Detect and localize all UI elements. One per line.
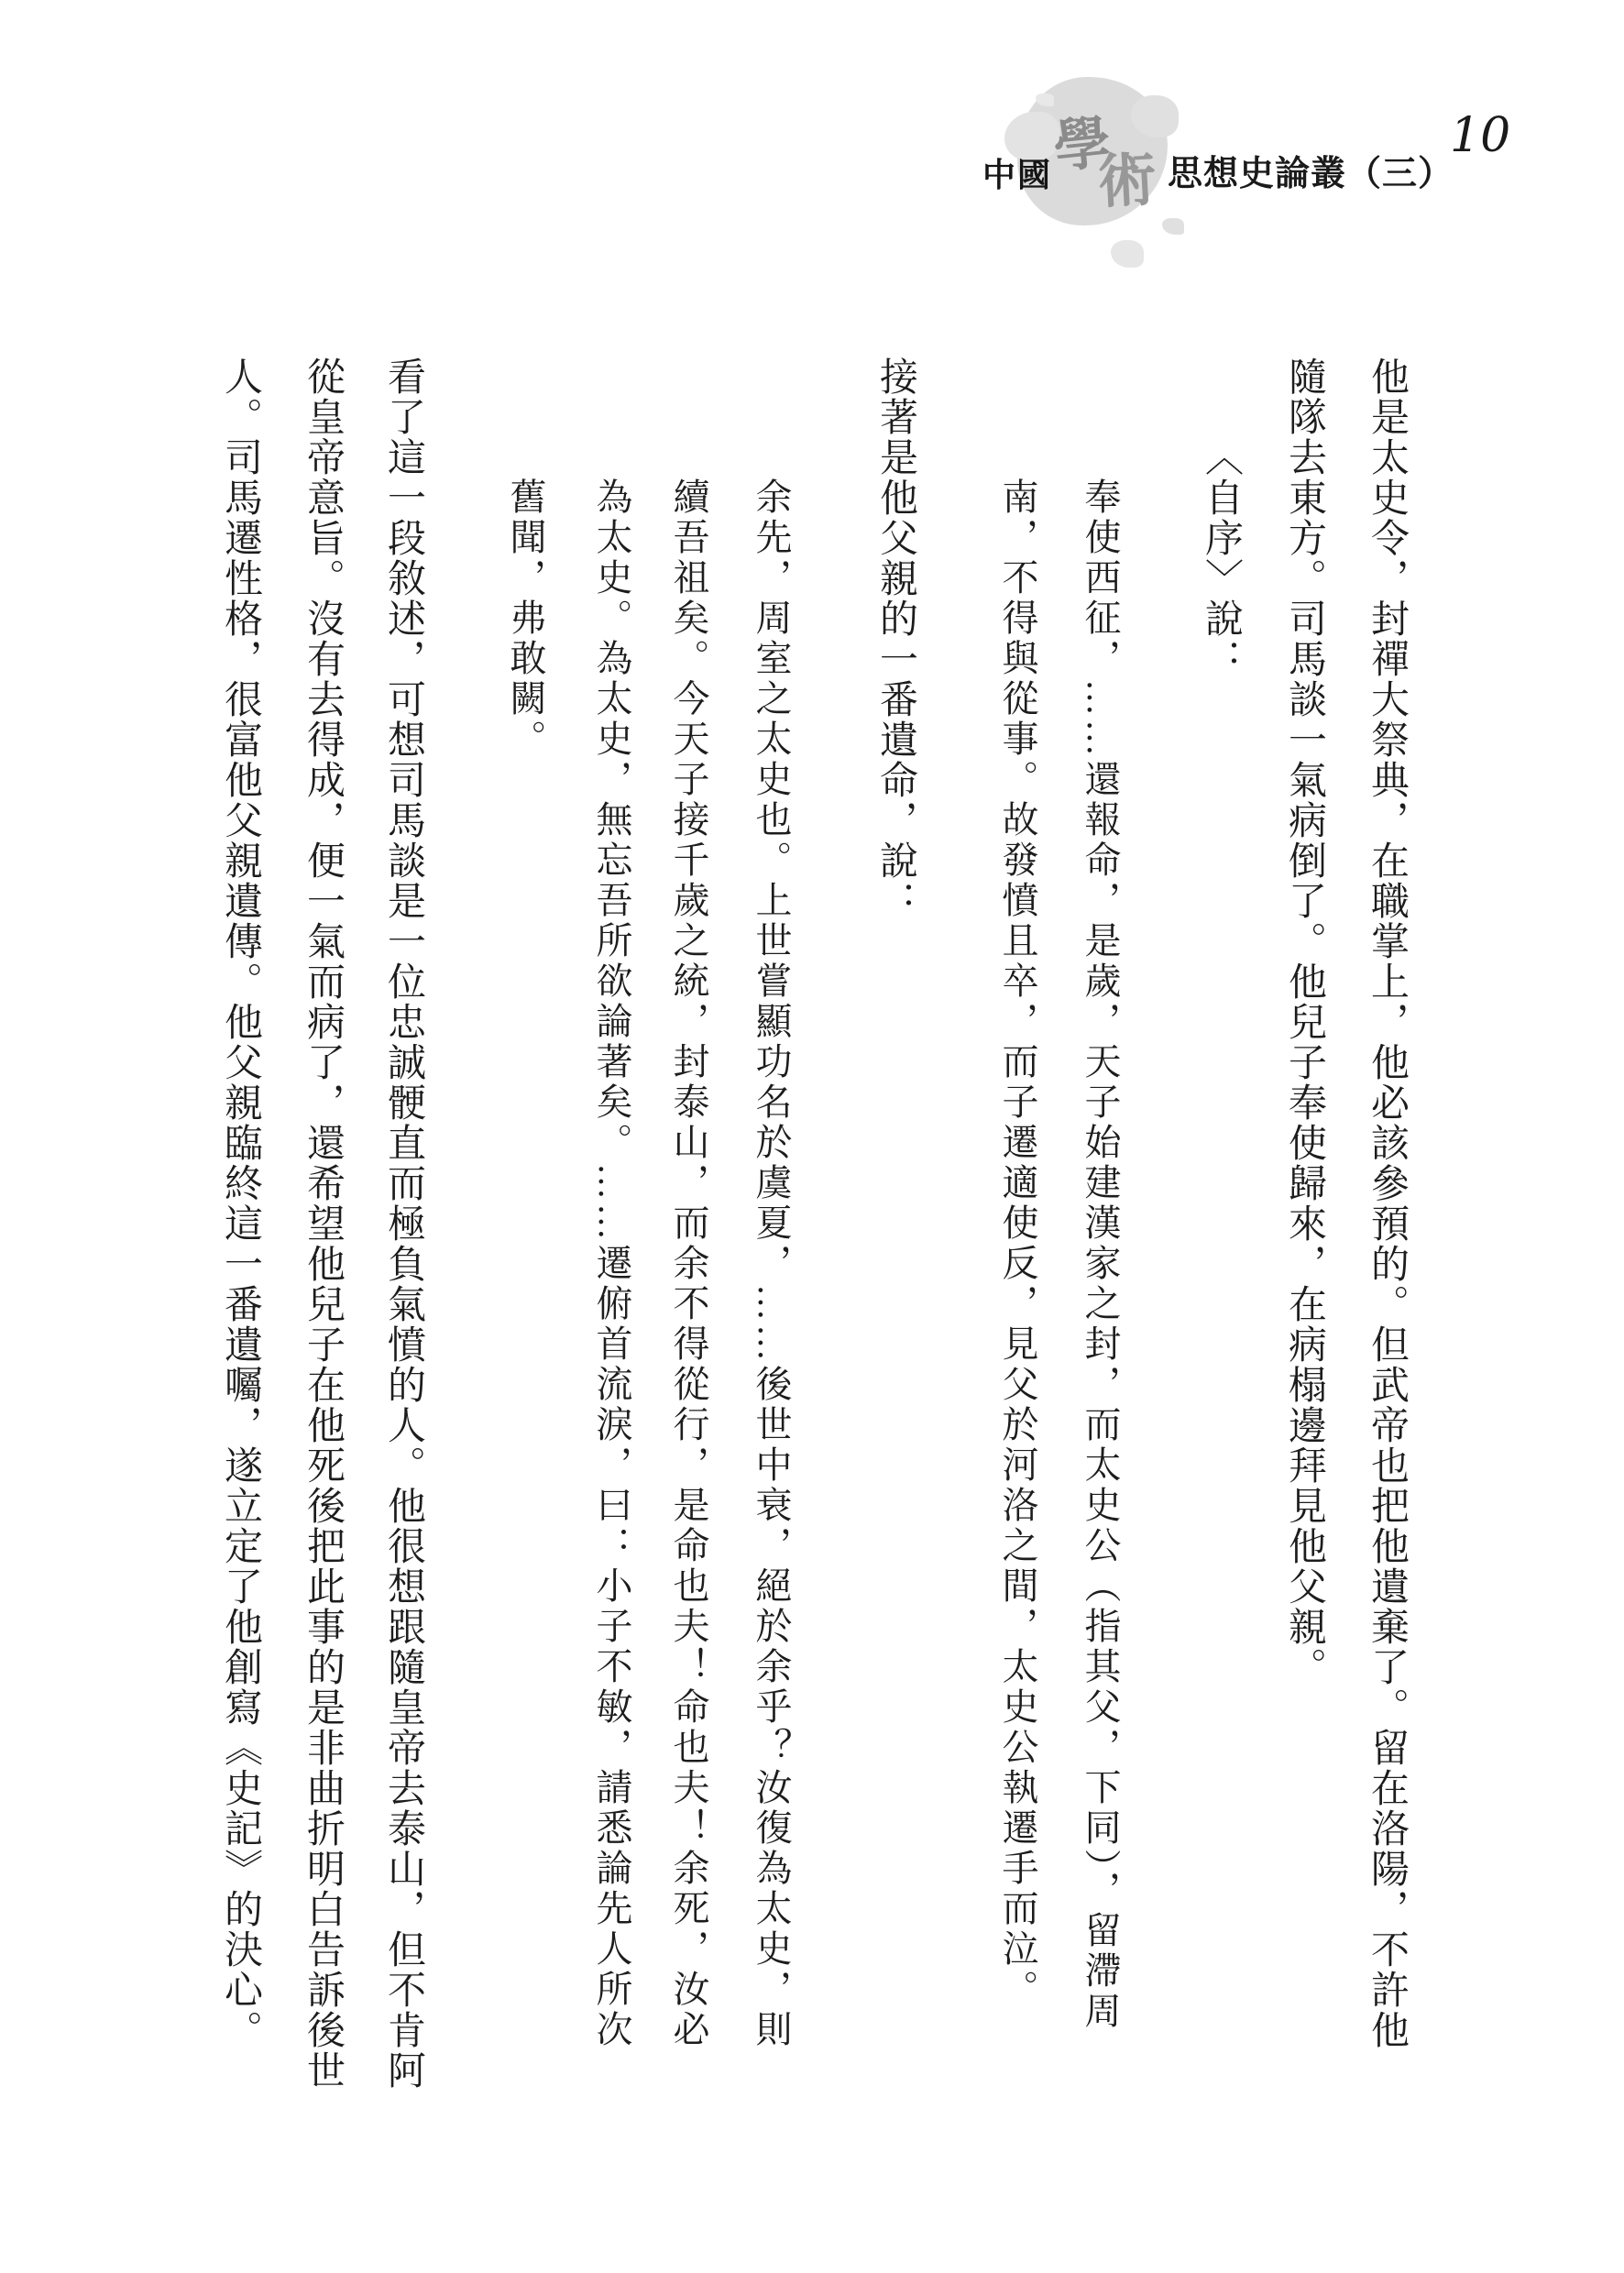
header-title-suffix: 思想史論叢（三）	[1168, 145, 1454, 195]
text-column-5-quote: 南，不得與從事。故發憤且卒，而子遷適使反，見父於河洛之間，太史公執遷手而泣。	[999, 478, 1036, 2010]
text-column-3: 〈自序〉說：	[1202, 437, 1240, 679]
text-column-7-quote: 余先，周室之太史也。上世嘗顯功名於虞夏，……後世中衰，絕於余乎？汝復為太史，則	[752, 478, 789, 2050]
text-column-13: 人。司馬遷性格，很富他父親遺傳。他父親臨終這一番遺囑，遂立定了他創寫《史記》的決…	[221, 357, 259, 2050]
text-column-9-quote: 為太史。為太史，無忘吾所欲論著矣。……遷俯首流淚，曰：小子不敏，請悉論先人所次	[593, 478, 630, 2050]
header-brush-char-shu: 術	[1096, 150, 1158, 212]
book-page: 中國 學 術 思想史論叢（三） 10 他是太史令，封禪大祭典，在職掌上，他必該參…	[0, 0, 1624, 2273]
header-title-prefix: 中國	[982, 149, 1052, 196]
text-column-10-quote: 舊聞，弗敢闕。	[507, 478, 543, 760]
text-column-4-quote: 奉使西征，……還報命，是歲，天子始建漢家之封，而太史公（指其父，下同），留滯周	[1081, 478, 1118, 2032]
text-column-11: 看了這一段敘述，可想司馬談是一位忠誠骾直而極負氣憤的人。他很想跟隨皇帝去泰山，但…	[384, 357, 422, 2091]
text-column-2: 隨隊去東方。司馬談一氣病倒了。他兒子奉使歸來，在病榻邊拜見他父親。	[1285, 357, 1323, 1687]
text-column-12: 從皇帝意旨。沒有去得成，便一氣而病了，還希望他兒子在他死後把此事的是非曲折明白告…	[303, 357, 342, 2091]
text-column-6: 接著是他父親的一番遺命，說：	[876, 357, 915, 921]
text-column-1: 他是太史令，封禪大祭典，在職掌上，他必該參預的。但武帝也把他遺棄了。留在洛陽，不…	[1367, 357, 1406, 2050]
page-number: 10	[1450, 112, 1510, 159]
text-column-8-quote: 續吾祖矣。今天子接千歲之統，封泰山，而余不得從行，是命也夫！命也夫！余死，汝必	[670, 478, 707, 2050]
